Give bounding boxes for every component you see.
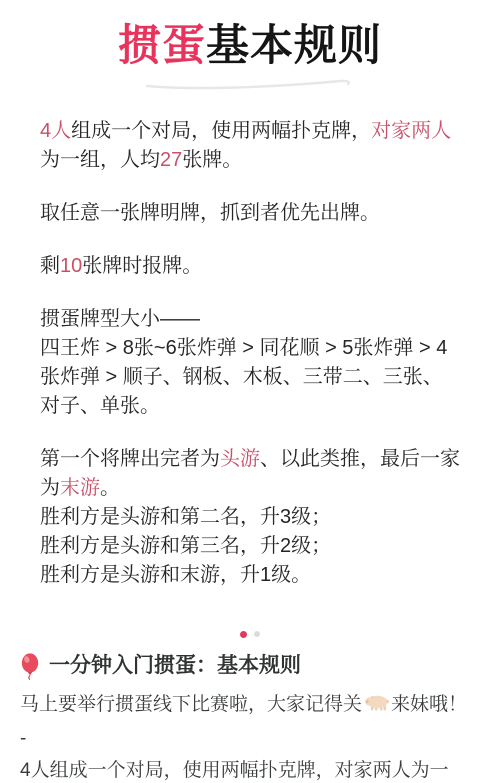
swoosh-icon	[145, 77, 355, 91]
paragraph-first-play: 取任意一张牌明牌，抓到者优先出牌。	[40, 199, 460, 228]
text-segment: 掼蛋牌型大小——	[40, 308, 200, 330]
text-segment: 4人	[40, 120, 71, 142]
caption-divider: -	[20, 725, 480, 753]
text-segment: 来妹哦！	[391, 694, 467, 715]
text-segment: 胜利方是头游和末游，升1级。	[40, 564, 311, 586]
text-segment: 四王炸 > 8张~6张炸弹 > 同花顺 > 5张炸弹 > 4张炸弹 > 顺子、钢…	[40, 337, 447, 417]
text-segment: 27	[160, 149, 182, 171]
caption-line-announcement: 马上要举行掼蛋线下比赛啦，大家记得关 来妹哦！	[20, 691, 480, 721]
text-segment: 胜利方是头游和第三名，升2级；	[40, 535, 331, 557]
post-caption: 一分钟入门掼蛋：基本规则 马上要举行掼蛋线下比赛啦，大家记得关 来妹哦！ - 4…	[20, 652, 480, 783]
rules-article: 4人组成一个对局，使用两幅扑克牌，对家两人为一组，人均27张牌。 取任意一张牌明…	[40, 117, 460, 590]
title-underline-shadow	[0, 77, 500, 91]
caption-heading: 一分钟入门掼蛋：基本规则	[20, 652, 480, 680]
carousel-slide-rules-poster[interactable]: 掼蛋基本规则 4人组成一个对局，使用两幅扑克牌，对家两人为一组，人均27张牌。 …	[0, 18, 500, 590]
carousel-pagination	[0, 630, 500, 638]
text-segment: 张牌时报牌。	[82, 255, 202, 277]
post-page: 掼蛋基本规则 4人组成一个对局，使用两幅扑克牌，对家两人为一组，人均27张牌。 …	[0, 0, 500, 783]
paragraph-report: 剩10张牌时报牌。	[40, 252, 460, 281]
text-segment: 10	[60, 255, 82, 277]
text-segment: 取任意一张牌明牌，抓到者优先出牌。	[40, 202, 380, 224]
text-segment: 组成一个对局，使用两幅扑克牌，	[71, 120, 371, 142]
pagination-dot-active[interactable]	[240, 631, 247, 638]
poster-title: 掼蛋基本规则	[0, 18, 500, 74]
text-segment: 胜利方是头游和第二名，升3级；	[40, 506, 331, 528]
pig-icon	[364, 693, 389, 721]
caption-heading-text: 一分钟入门掼蛋：基本规则	[49, 652, 301, 680]
text-segment: 头游	[220, 448, 260, 470]
text-segment: 张牌。	[182, 149, 242, 171]
text-segment: 为一组，人均	[40, 149, 160, 171]
paragraph-hand-ranking: 掼蛋牌型大小——四王炸 > 8张~6张炸弹 > 同花顺 > 5张炸弹 > 4张炸…	[40, 305, 460, 421]
text-segment: 马上要举行掼蛋线下比赛啦，大家记得关	[20, 694, 362, 715]
text-segment: 末游	[60, 477, 100, 499]
text-segment: 对家两人	[371, 120, 451, 142]
text-segment: 第一个将牌出完者为	[40, 448, 220, 470]
balloon-icon	[20, 653, 40, 680]
text-segment: 剩	[40, 255, 60, 277]
paragraph-setup: 4人组成一个对局，使用两幅扑克牌，对家两人为一组，人均27张牌。	[40, 117, 460, 175]
paragraph-finish-ranking: 第一个将牌出完者为头游、以此类推，最后一家为末游。胜利方是头游和第二名，升3级；…	[40, 445, 460, 590]
text-segment: 。	[100, 477, 120, 499]
pagination-dot[interactable]	[254, 631, 260, 637]
poster-title-accent: 掼蛋	[118, 22, 206, 70]
poster-title-rest: 基本规则	[206, 22, 382, 70]
caption-line-rules-repeat: 4人组成一个对局，使用两幅扑克牌，对家两人为一	[20, 757, 480, 783]
